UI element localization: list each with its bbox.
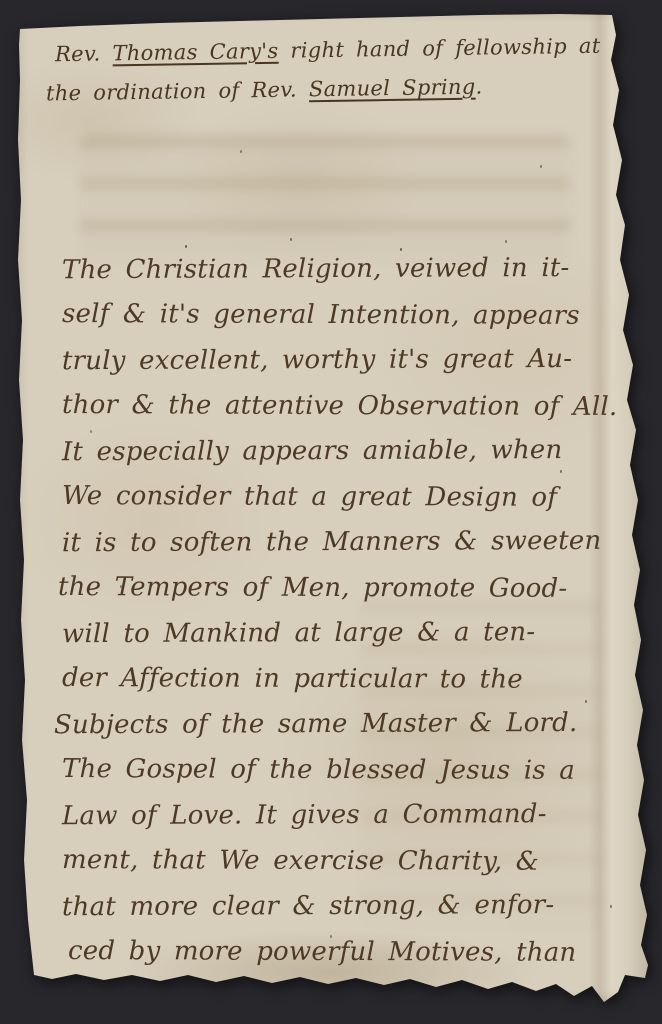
heading-line-2: the ordination of Rev. Samuel Spring.: [46, 75, 483, 106]
manuscript-line: ment, that We exercise Charity, &: [62, 838, 618, 885]
heading-line-2-post: .: [475, 75, 482, 99]
manuscript-line: It especially appears amiable, when: [62, 428, 618, 476]
manuscript-line: truly excellent, worthy it's great Au-: [62, 337, 618, 385]
manuscript-line: The Christian Religion, veiwed in it-: [62, 246, 618, 294]
manuscript-line: The Gospel of the blessed Jesus is a: [62, 747, 618, 794]
manuscript-line: self & it's general Intention, appears: [62, 292, 618, 339]
manuscript-line: der Affection in particular to the: [62, 656, 618, 703]
underlined-name-samuel-spring: Samuel Spring: [309, 75, 476, 102]
manuscript-line: ced by more powerful Motives, than: [68, 929, 618, 976]
underlined-name-thomas-cary: Thomas Cary's: [112, 39, 278, 66]
ink-bleed-through-top: [80, 135, 570, 260]
manuscript-line: will to Mankind at large & a ten-: [62, 610, 618, 658]
manuscript-line: thor & the attentive Observation of All.: [62, 383, 618, 430]
manuscript-line: We consider that a great Design of: [62, 474, 618, 521]
manuscript-line: it is to soften the Manners & sweeten: [62, 519, 618, 567]
manuscript-body: The Christian Religion, veiwed in it- se…: [62, 247, 617, 975]
heading-line-1: Rev. Thomas Cary's right hand of fellows…: [55, 34, 601, 67]
heading-line-2-pre: the ordination of Rev.: [46, 77, 309, 105]
heading-line-1-pre: Rev.: [55, 41, 113, 66]
manuscript-line: Subjects of the same Master & Lord.: [54, 701, 618, 749]
manuscript-line: the Tempers of Men, promote Good-: [58, 565, 618, 612]
manuscript-page: Rev. Thomas Cary's right hand of fellows…: [0, 0, 662, 1024]
manuscript-page-wrapper: Rev. Thomas Cary's right hand of fellows…: [0, 0, 662, 1024]
manuscript-line: Law of Love. It gives a Command-: [62, 792, 618, 840]
heading-line-1-post: right hand of fellowship at: [278, 34, 600, 63]
manuscript-line: that more clear & strong, & enfor-: [62, 883, 618, 931]
ink-specks: [0, 0, 2, 3]
